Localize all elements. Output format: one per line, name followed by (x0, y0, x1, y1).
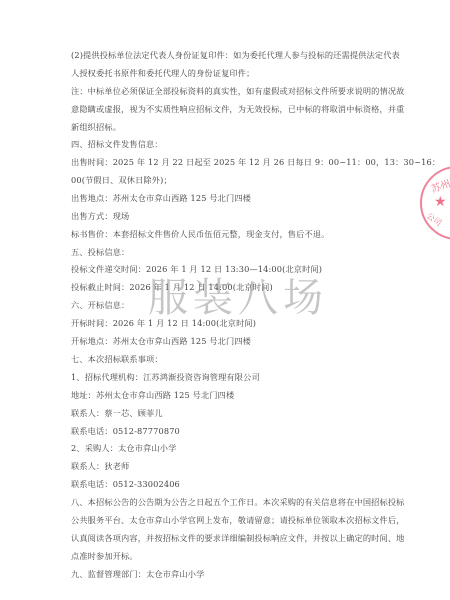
text-line: 联系电话：0512-33002406 (71, 479, 391, 489)
text-line: 出售地点：苏州太仓市弇山西路 125 号北门四楼 (71, 193, 391, 203)
text-line: 2、采购人：太仓市弇山小学 (71, 443, 391, 453)
section-heading: 四、招标文件发售信息： (71, 139, 391, 149)
official-seal: 苏州鸿 ★ 公司 (420, 166, 450, 240)
section-heading: 五、投标信息： (71, 247, 391, 257)
section-heading: 八、本招标公告的公告期为公告之日起五个工作日。本次采购的有关信息将在中国招标投标 (71, 497, 391, 507)
text-line: 新组织招标。 (71, 122, 391, 132)
text-line: 注：中标单位必须保证全部投标资料的真实性，如有虚假或对招标文件所要求说明的情况故 (71, 86, 391, 96)
watermark: 服装八场 (148, 266, 328, 323)
text-line: 00(节假日、双休日除外)； (71, 175, 391, 185)
text-line: 联系人：蔡一芯、顾菲儿 (71, 408, 391, 418)
text-line: 开标地点：苏州太仓市弇山西路 125 号北门四楼 (71, 336, 391, 346)
seal-star-icon: ★ (434, 194, 447, 210)
text-line: 出售时间：2025 年 12 月 22 日起至 2025 年 12 月 26 日… (71, 157, 391, 167)
text-line: 认真阅读各项内容，并按招标文件的要求详细编制投标响应文件，并按以上确定的时间、地 (71, 533, 391, 543)
text-line: 出售方式：现场 (71, 211, 391, 221)
text-line: 1、招标代理机构：江苏鸿渐投资咨询管理有限公司 (71, 372, 391, 382)
text-line: 地址：苏州太仓市弇山西路 125 号北门四楼 (71, 390, 391, 400)
text-line: 人授权委托书原件和委托代理人的身份证复印件； (71, 68, 391, 78)
seal-text: 苏州鸿 (428, 171, 450, 195)
text-line: (2)提供投标单位法定代表人身份证复印件：如为委托代理人参与投标的还需提供法定代… (71, 50, 391, 60)
text-line: 点准时参加开标。 (71, 551, 391, 561)
text-line: 意隐瞒或虚报，视为不实质性响应招标文件，为无效投标，已中标的将取消中标资格，并重 (71, 104, 391, 114)
section-heading: 七、本次招标联系事项： (71, 354, 391, 364)
text-line: 联系人：狄老师 (71, 461, 391, 471)
seal-bottom-text: 公司 (424, 210, 443, 228)
text-line: 标书售价：本套招标文件售价人民币伍佰元整，现金支付，售后不退。 (71, 229, 391, 239)
text-line: 公共服务平台、太仓市弇山小学官网上发布，敬请留意；请投标单位领取本次招标文件后， (71, 515, 391, 525)
section-heading: 九、监督管理部门：太仓市弇山小学 (71, 569, 391, 579)
document-page: (2)提供投标单位法定代表人身份证复印件：如为委托代理人参与投标的还需提供法定代… (0, 0, 450, 600)
text-line: 联系电话：0512-87770870 (71, 426, 391, 436)
